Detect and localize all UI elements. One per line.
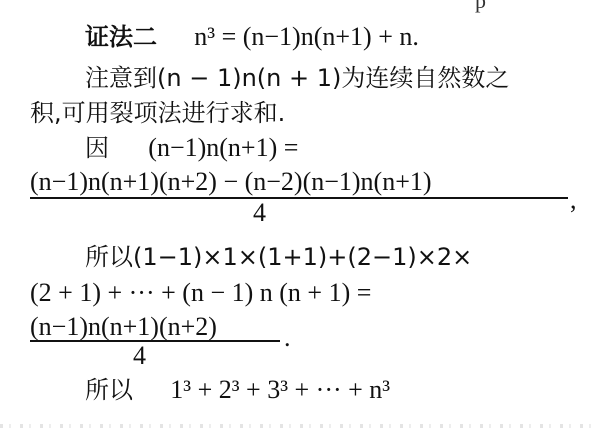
sum-of-cubes-line: 所以 1³ + 2³ + 3³ + ··· + n³ <box>85 375 390 405</box>
fraction2-numerator: (n−1)n(n+1)(n+2) <box>30 313 217 341</box>
proof-method-label: 证法二 <box>85 23 157 51</box>
scan-noise-strip <box>0 424 600 428</box>
telescoping-note: 积,可用裂项法进行求和. <box>30 98 285 128</box>
because-label: 因 <box>85 134 109 162</box>
fraction2-period: . <box>284 323 291 353</box>
sum-continuation-line: (2 + 1) + ··· + (n − 1) n (n + 1) = <box>30 278 371 308</box>
product-expression: (n−1)n(n+1) = <box>148 133 298 162</box>
therefore-sum-line: 所以(1−1)×1×(1+1)+(2−1)×2× <box>85 242 472 272</box>
fraction1-denominator: 4 <box>253 199 266 227</box>
cropped-text-fragment: p <box>475 0 486 14</box>
fraction2-denominator: 4 <box>133 342 146 370</box>
consecutive-product-note: 注意到(n − 1)n(n + 1)为连续自然数之 <box>85 63 509 93</box>
fraction1-comma: , <box>570 185 577 215</box>
fraction1-numerator: (n−1)n(n+1)(n+2) − (n−2)(n−1)n(n+1) <box>30 168 432 196</box>
sum-of-cubes-expression: 1³ + 2³ + 3³ + ··· + n³ <box>170 375 390 404</box>
proof-heading-line: 证法二 n³ = (n−1)n(n+1) + n. <box>85 22 419 52</box>
fraction2-bar <box>30 340 280 342</box>
cube-identity-equation: n³ = (n−1)n(n+1) + n. <box>194 22 419 51</box>
fraction1-bar <box>30 197 568 199</box>
therefore-label: 所以 <box>85 376 133 404</box>
because-line: 因 (n−1)n(n+1) = <box>85 133 298 163</box>
